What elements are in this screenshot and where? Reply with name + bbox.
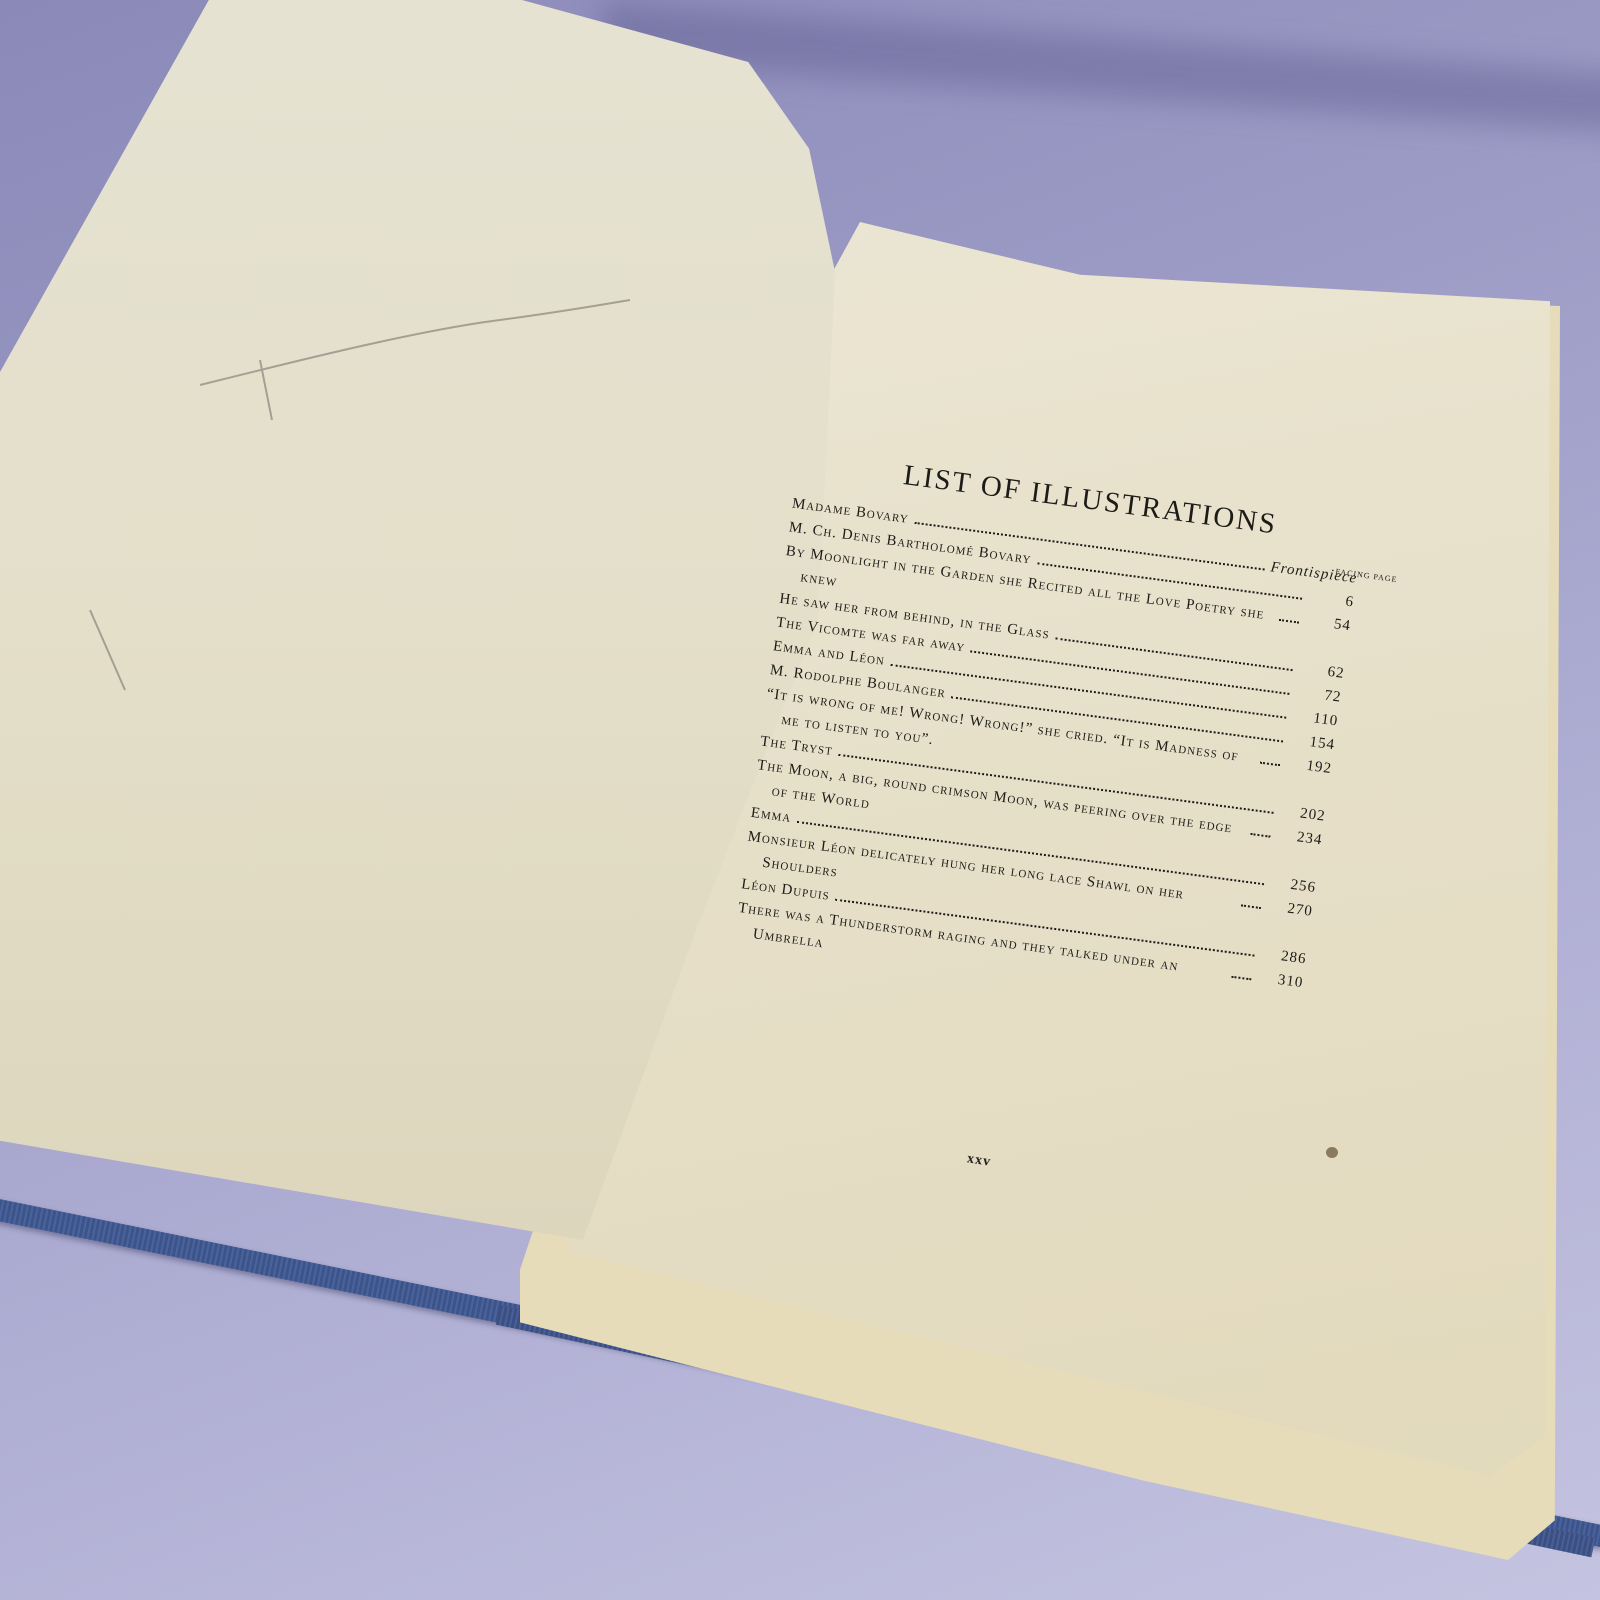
dot-leader — [1260, 762, 1280, 767]
dot-leader — [1241, 904, 1261, 909]
dot-leader — [1250, 833, 1270, 838]
dot-leader — [1279, 619, 1299, 624]
list-of-illustrations: LIST OF ILLUSTRATIONS FACING PAGE Madame… — [733, 445, 1365, 1019]
dot-leader — [1231, 976, 1251, 981]
foxing-spot — [1326, 1147, 1338, 1158]
